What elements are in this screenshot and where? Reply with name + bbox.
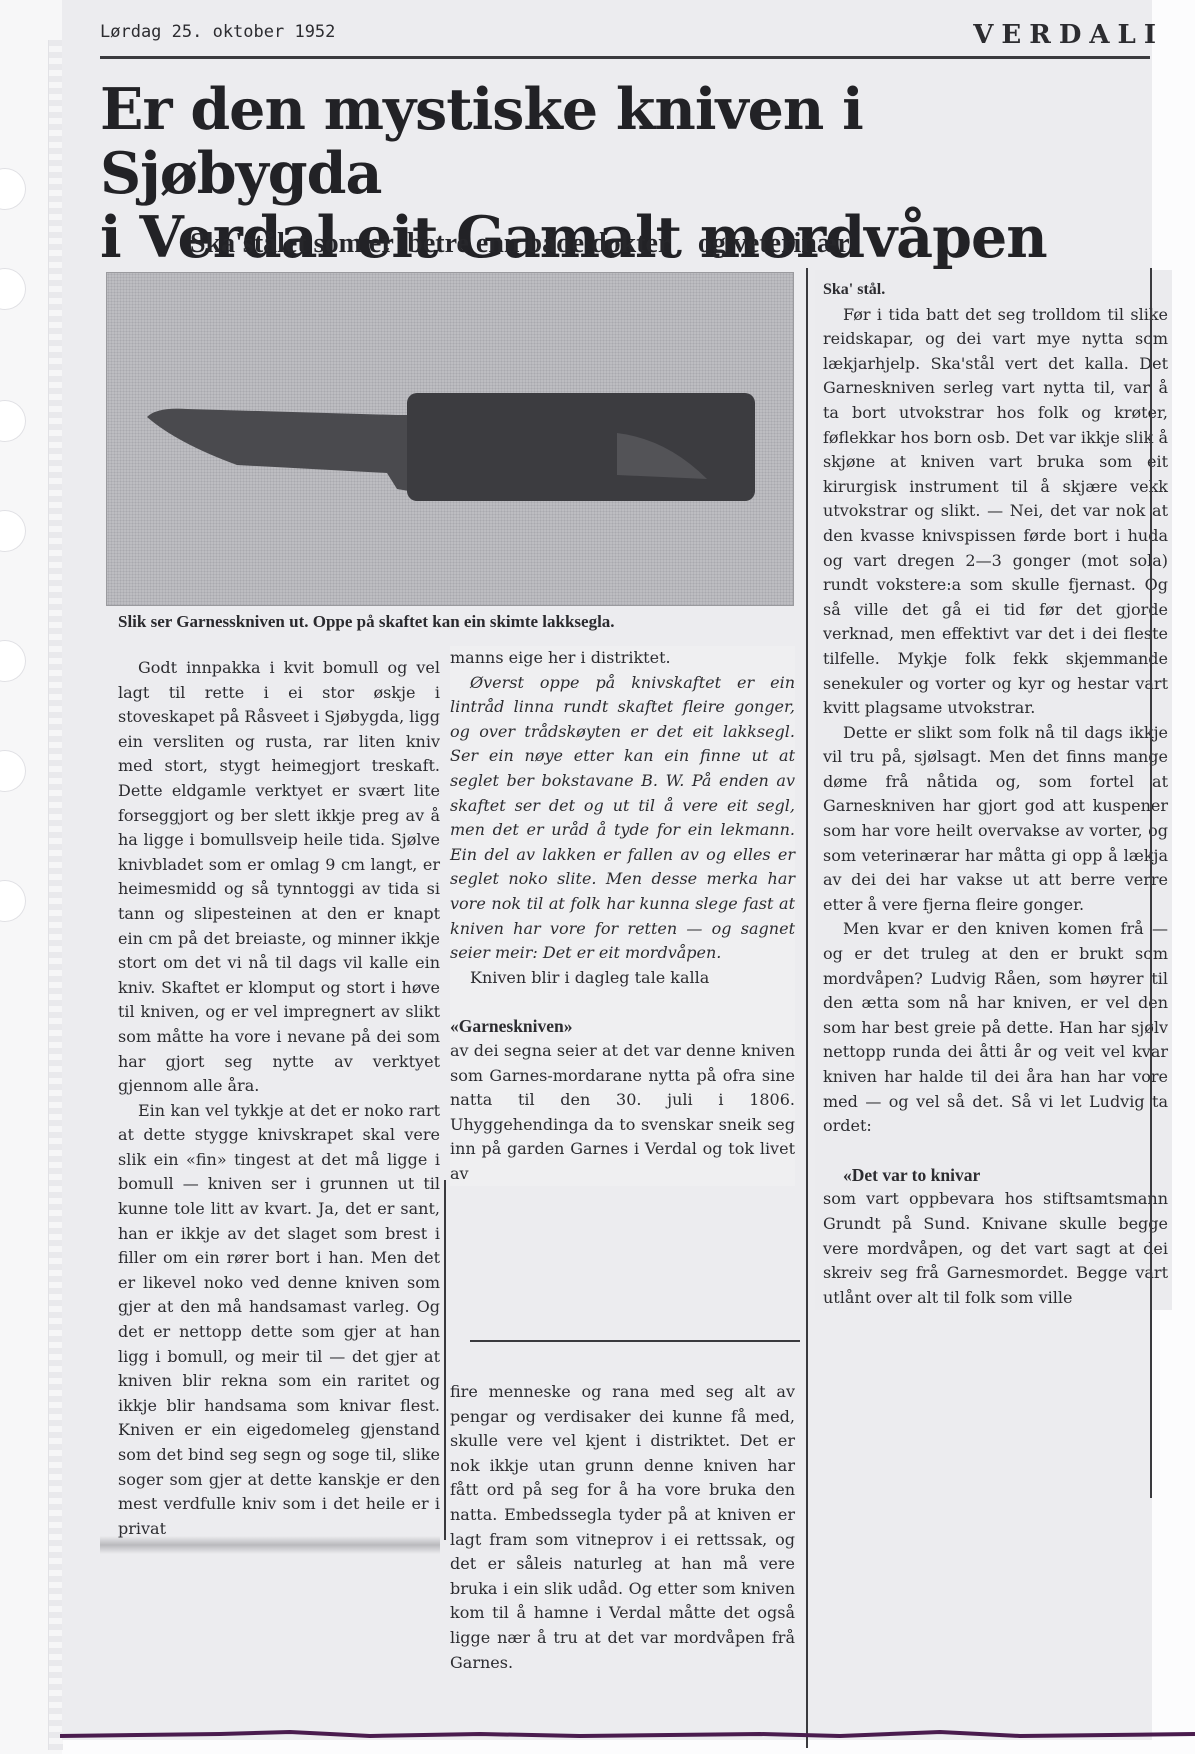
paragraph: manns eige her i distriktet. xyxy=(450,646,795,671)
column-rule xyxy=(806,268,808,1748)
marker-underline xyxy=(60,1726,1195,1740)
subhead-garneskniven: «Garneskniven» xyxy=(450,1014,795,1039)
italic-paragraph: Øverst oppe på knivskaftet er ein lintrå… xyxy=(450,671,795,966)
article-column-2-bottom: fire menneske og rana med seg alt av pen… xyxy=(450,1380,795,1675)
newspaper-name: VERDALI xyxy=(973,20,1164,50)
column-rule xyxy=(1150,268,1152,1498)
punch-hole xyxy=(0,400,26,442)
column-rule xyxy=(444,1180,446,1540)
paragraph: Ein kan vel tykkje at det er noko rart a… xyxy=(118,1099,440,1542)
photo-caption: Slik ser Garnesskniven ut. Oppe på skaft… xyxy=(118,612,615,632)
paragraph: som vart oppbevara hos stiftsamtsmann Gr… xyxy=(823,1187,1168,1310)
punch-hole xyxy=(0,880,26,922)
issue-date: Lørdag 25. oktober 1952 xyxy=(100,22,335,42)
paragraph: Men kvar er den kniven komen frå — og er… xyxy=(823,917,1168,1138)
sleeve-perforated-edge xyxy=(48,40,63,1750)
masthead-rule xyxy=(100,56,1150,59)
masthead: Lørdag 25. oktober 1952 VERDALI xyxy=(100,18,1160,54)
paragraph: fire menneske og rana med seg alt av pen… xyxy=(450,1380,795,1675)
subheadline: Ska'stålet som er betre enn både dokter … xyxy=(190,228,850,260)
paragraph: Kniven blir i dagleg tale kalla xyxy=(450,966,795,991)
article-column-1: Godt innpakka i kvit bomull og vel lagt … xyxy=(118,656,440,1541)
paragraph: av dei segna seier at det var denne kniv… xyxy=(450,1039,795,1187)
paragraph: Dette er slikt som folk nå til dags ikkj… xyxy=(823,721,1168,918)
subhead-to-knivar: «Det var to knivar xyxy=(823,1163,1168,1188)
paragraph: Før i tida batt det seg trolldom til sli… xyxy=(823,303,1168,721)
punch-hole xyxy=(0,168,26,210)
punch-hole xyxy=(0,510,26,552)
headline-line-1: Er den mystiske kniven i Sjøbygda xyxy=(100,76,863,207)
knife-icon xyxy=(147,393,767,503)
scan-smudge xyxy=(100,1536,440,1554)
subhead-ska-stal: Ska' stål. xyxy=(823,278,1168,303)
punch-hole xyxy=(0,750,26,792)
punch-hole xyxy=(0,640,26,682)
article-column-3: Ska' stål. Før i tida batt det seg troll… xyxy=(815,270,1172,1310)
article-column-2-top: manns eige her i distriktet. Øverst oppe… xyxy=(450,646,795,1186)
paragraph: Godt innpakka i kvit bomull og vel lagt … xyxy=(118,656,440,1099)
column-divider xyxy=(470,1340,800,1342)
binder-sleeve xyxy=(0,0,62,1754)
knife-photo xyxy=(106,272,794,606)
punch-hole xyxy=(0,268,26,310)
